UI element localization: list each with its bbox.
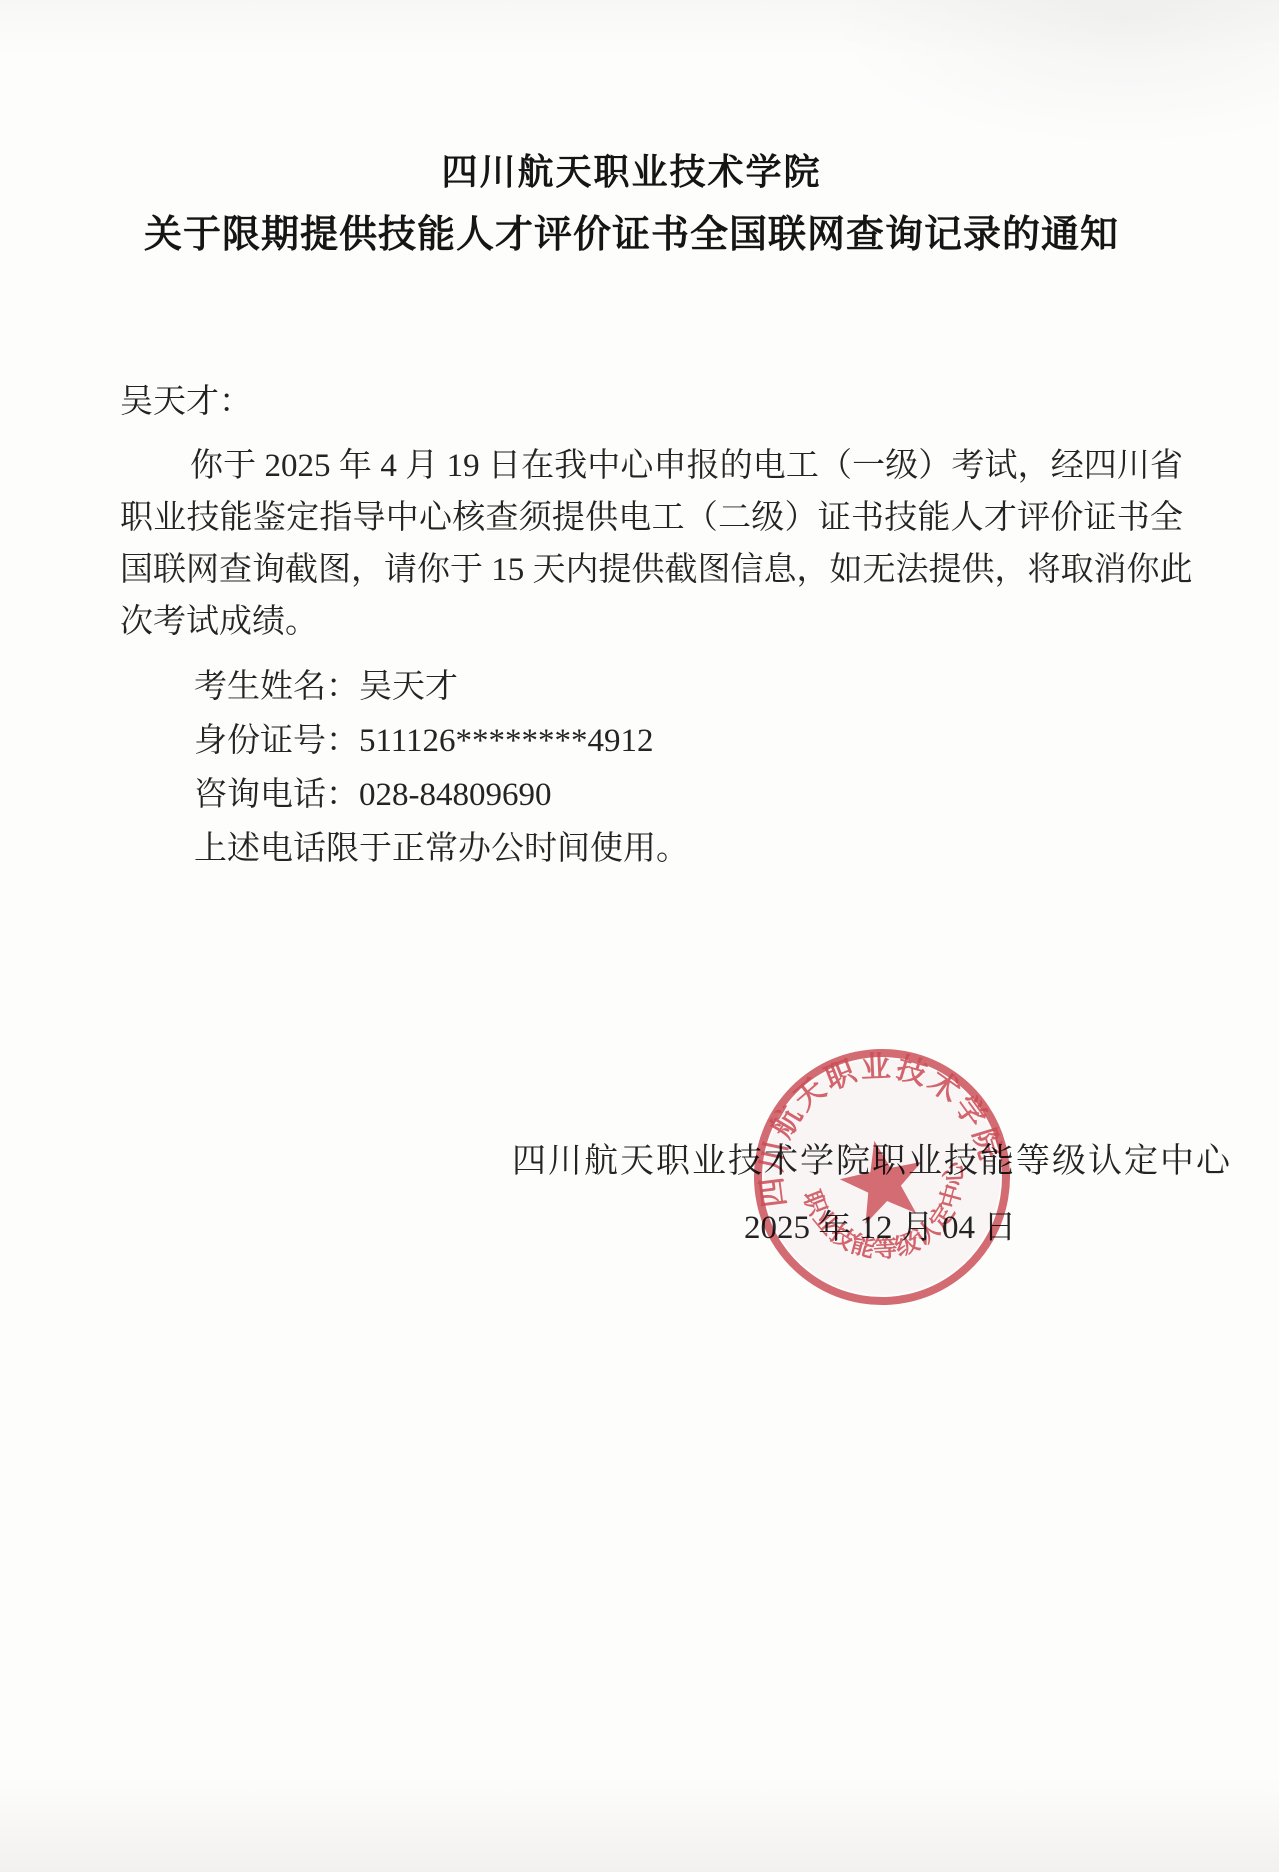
seal-ring-text: 四川航天职业技术学院 (731, 1026, 1008, 1211)
detail-list: 考生姓名：吴天才 身份证号：511126********4912 咨询电话：02… (194, 660, 689, 876)
notice-title: 关于限期提供技能人才评价证书全国联网查询记录的通知 (0, 210, 1263, 260)
phone-note-line: 上述电话限于正常办公时间使用。 (194, 822, 689, 876)
signature-org: 四川航天职业技术学院职业技能等级认定中心 (512, 1140, 1232, 1184)
salutation: 吴天才： (120, 382, 252, 422)
body-line: 你于 2025 年 4 月 19 日在我中心申报的电工（一级）考试，经四川省 (120, 440, 1183, 492)
org-title: 四川航天职业技术学院 (0, 148, 1263, 196)
phone-line: 咨询电话：028-84809690 (194, 768, 689, 822)
id-number-line: 身份证号：511126********4912 (194, 714, 689, 768)
signature-date: 2025 年 12 月 04 日 (744, 1206, 1016, 1250)
scanned-notice-page: { "header": { "org_title": "四川航天职业技术学院",… (0, 0, 1279, 1872)
body-paragraph: 你于 2025 年 4 月 19 日在我中心申报的电工（一级）考试，经四川省 职… (120, 440, 1183, 648)
body-line: 国联网查询截图，请你于 15 天内提供截图信息，如无法提供，将取消你此 (120, 544, 1183, 596)
body-line: 次考试成绩。 (120, 596, 1183, 648)
candidate-name-line: 考生姓名：吴天才 (194, 660, 689, 714)
body-line: 职业技能鉴定指导中心核查须提供电工（二级）证书技能人才评价证书全 (120, 492, 1183, 544)
